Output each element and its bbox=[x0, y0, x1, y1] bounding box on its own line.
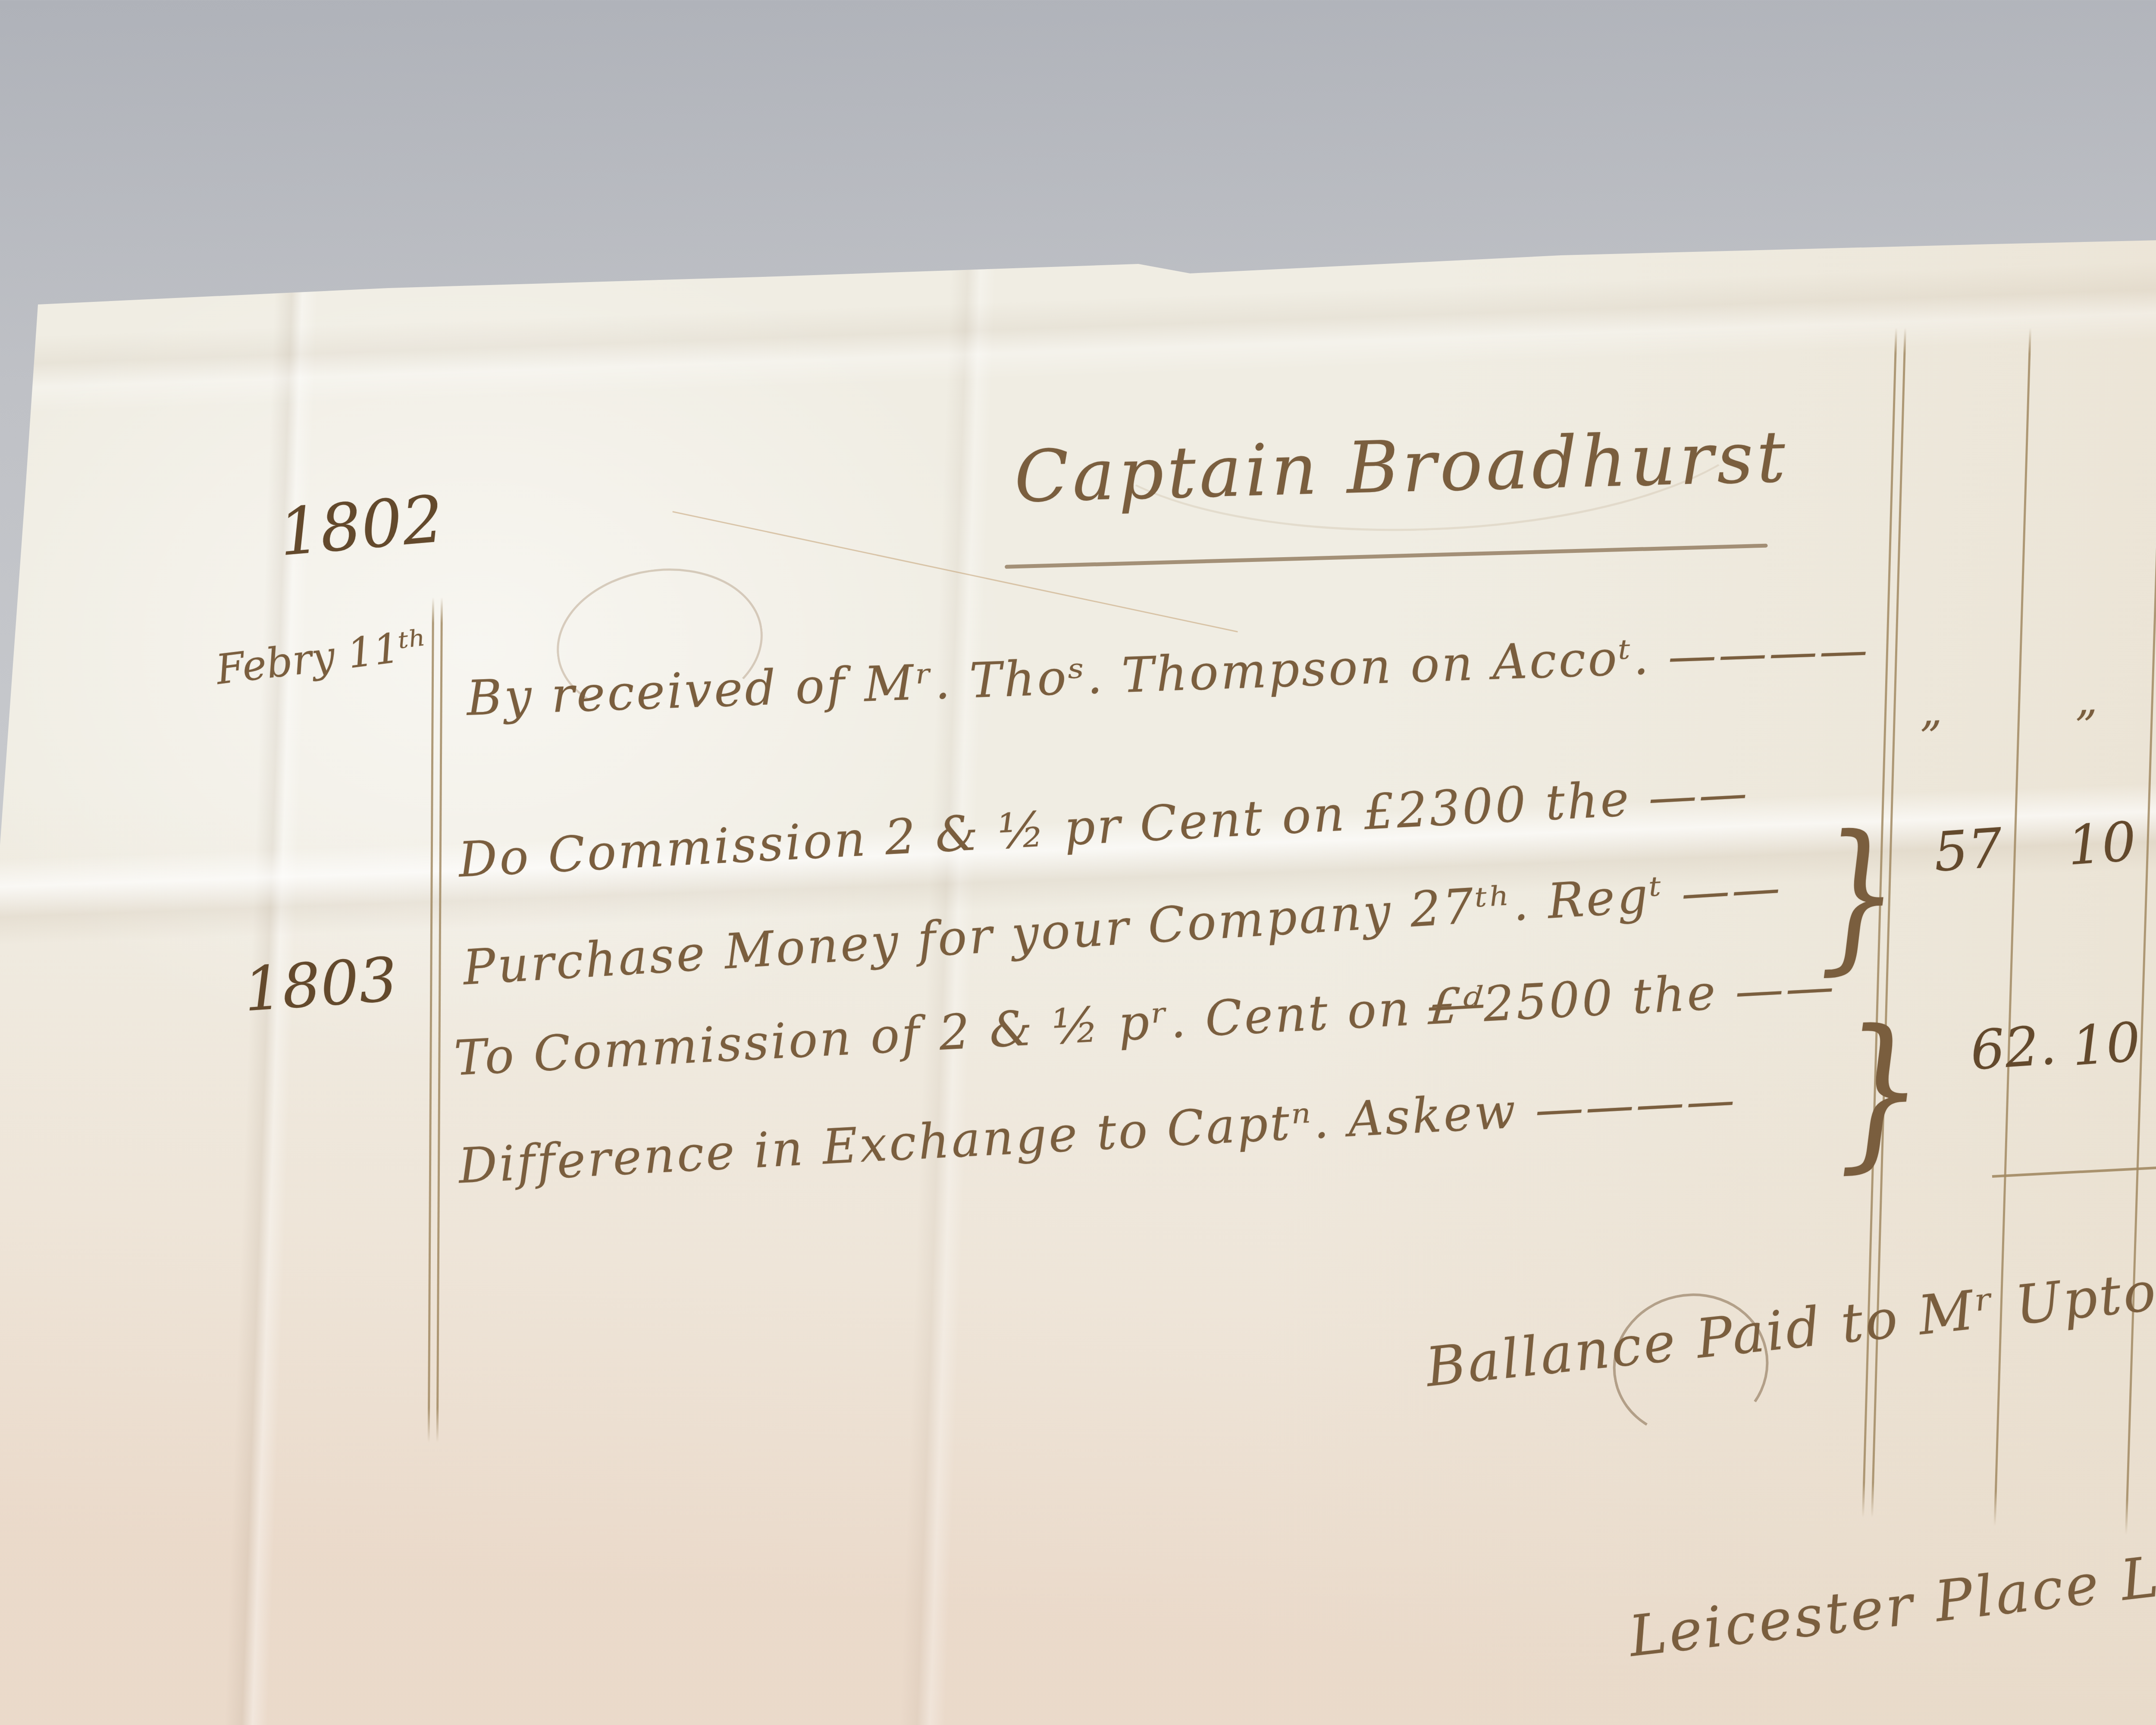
date-column-rule-2 bbox=[436, 597, 443, 1443]
money-column-rule bbox=[1994, 328, 2031, 1526]
entry-2-amount-shillings: 10 bbox=[2065, 810, 2138, 878]
entry-2-amount-pounds: 57 bbox=[1932, 817, 2005, 884]
entry-3-amount-shillings: 10 bbox=[2070, 1011, 2143, 1078]
title-underline bbox=[1005, 544, 1768, 569]
sum-rule bbox=[1992, 1158, 2156, 1178]
entry-3-line-1b: 2500 the —— bbox=[1482, 958, 1837, 1033]
entry-date: Febry 11ᵗʰ bbox=[213, 621, 430, 694]
entry-3-line-1a: To Commission of 2 & ½ pʳ. Cent on bbox=[453, 980, 1430, 1087]
entry-3-struck-text: £ᵈ bbox=[1426, 976, 1485, 1035]
photograph-of-ledger: { "colors": { "ink": "#7a5e3e", "ink-dar… bbox=[0, 0, 2156, 1725]
date-column-rule bbox=[428, 597, 434, 1443]
entry-3-line-2: Difference in Exchange to Captⁿ. Askew —… bbox=[457, 1072, 1738, 1195]
entry-2-line-1: Do Commission 2 & ½ pr Cent on £2300 the… bbox=[457, 765, 1751, 888]
entry-1-ditto-shillings: „ bbox=[2074, 674, 2098, 725]
ledger-paper-sheet: Captain Broadhurst 1802 Febry 11ᵗʰ By re… bbox=[0, 0, 2156, 1725]
entry-1-ditto-pounds: „ bbox=[1919, 685, 1943, 736]
year-bottom: 1803 bbox=[241, 944, 400, 1025]
balance-note: Ballance Paid to Mʳ Upton bbox=[1423, 1256, 2156, 1399]
entry-3-brace: } bbox=[1833, 993, 1927, 1189]
footer-place: Leicester Place Liver bbox=[1626, 1530, 2156, 1669]
year-top: 1802 bbox=[276, 482, 446, 571]
money-column-rule bbox=[2125, 328, 2156, 1535]
entry-3-amount-pounds: 62. bbox=[1968, 1014, 2058, 1082]
